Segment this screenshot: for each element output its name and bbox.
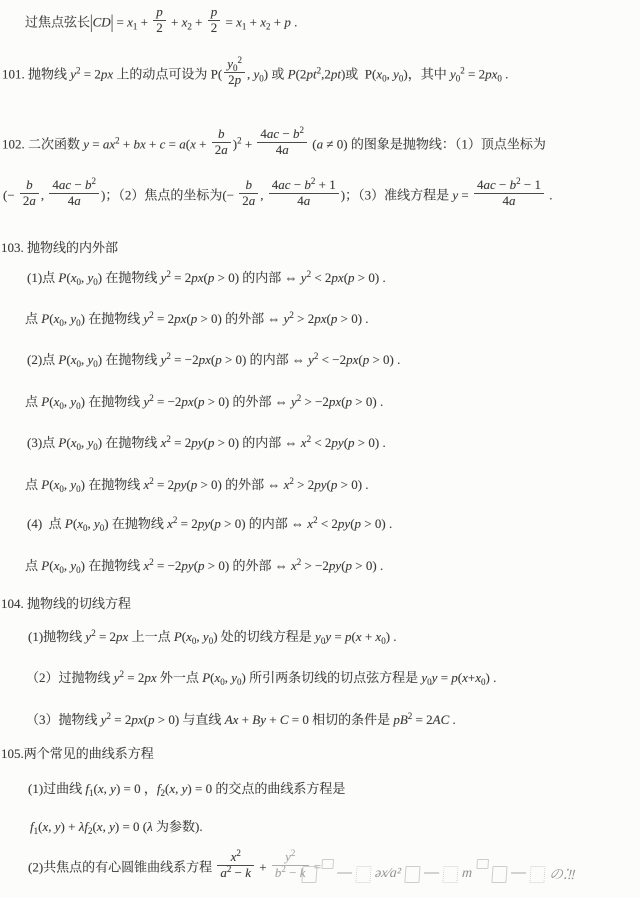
formula-line-item-102-quadratic-function: 102. 二次函数 y = ax2 + bx + c = a(x + b2a)2… [2, 130, 546, 161]
watermark-glyph [476, 859, 489, 869]
watermark-garbled-overlay: əx⁄a² m の⁚‼ [301, 853, 638, 895]
scanned-math-document-page: 过焦点弦长|CD| = x1 + p2 + x2 + p2 = x1 + x2 … [0, 0, 640, 898]
heading-item-104-tangent-equations: 104. 抛物线的切线方程 [1, 596, 131, 612]
watermark-glyph [321, 859, 334, 869]
formula-line-103-case2-exterior: 点 P(x0, y0) 在抛物线 y2 = −2px(p > 0) 的外部 ⇔ … [25, 394, 383, 410]
watermark-fragment: əx⁄a² [374, 866, 401, 882]
watermark-glyph [442, 866, 458, 883]
formula-line-103-case4-interior: (4) 点 P(x0, y0) 在抛物线 x2 = 2py(p > 0) 的内部… [27, 516, 392, 532]
formula-line-105-lambda-parameter-equation: f1(x, y) + λf2(x, y) = 0 (λ 为参数). [30, 819, 203, 835]
watermark-glyph [337, 872, 352, 877]
watermark-glyph [511, 872, 526, 877]
watermark-glyph [529, 866, 545, 883]
heading-item-105-curve-systems: 105.两个常见的曲线系方程 [1, 746, 154, 762]
formula-line-item-101-parabola-moving-point: 101. 抛物线 y2 = 2px 上的动点可设为 P(y022p, y0) 或… [2, 60, 508, 91]
formula-line-103-case3-exterior: 点 P(x0, y0) 在抛物线 x2 = 2py(p > 0) 的外部 ⇔ x… [25, 477, 369, 493]
formula-line-103-case4-exterior: 点 P(x0, y0) 在抛物线 x2 = −2py(p > 0) 的外部 ⇔ … [25, 558, 383, 574]
watermark-glyph [424, 872, 439, 877]
formula-line-focal-chord-length: 过焦点弦长|CD| = x1 + p2 + x2 + p2 = x1 + x2 … [25, 8, 297, 39]
watermark-glyph [404, 866, 420, 883]
watermark-glyph [491, 866, 507, 883]
formula-line-item-102-vertex-focus-directrix: (− b2a, 4ac − b24a)；（2）焦点的坐标为(− b2a, 4ac… [3, 181, 552, 212]
formula-line-104-chord-of-contact: （2）过抛物线 y2 = 2px 外一点 P(x0, y0) 所引两条切线的切点… [26, 670, 496, 686]
watermark-fragment: の⁚‼ [548, 864, 576, 884]
formula-line-105-confocal-conic-system: (2)共焦点的有心圆锥曲线系方程 x2a2 − k + y2b2 − k = [28, 853, 321, 884]
formula-line-105-intersection-curve-system-intro: (1)过曲线 f1(x, y) = 0 ，f2(x, y) = 0 的交点的曲线… [28, 781, 345, 797]
formula-line-104-tangent-at-point: (1)抛物线 y2 = 2px 上一点 P(x0, y0) 处的切线方程是 y0… [28, 629, 397, 645]
formula-line-104-tangency-condition: （3）抛物线 y2 = 2px(p > 0) 与直线 Ax + By + C =… [26, 712, 456, 728]
watermark-glyph [355, 866, 371, 883]
formula-line-103-case1-exterior: 点 P(x0, y0) 在抛物线 y2 = 2px(p > 0) 的外部 ⇔ y… [25, 311, 369, 327]
heading-item-103-parabola-interior-exterior: 103. 抛物线的内外部 [1, 240, 118, 256]
formula-line-103-case3-interior: (3)点 P(x0, y0) 在抛物线 x2 = 2py(p > 0) 的内部 … [27, 435, 386, 451]
formula-line-103-case2-interior: (2)点 P(x0, y0) 在抛物线 y2 = −2px(p > 0) 的内部… [27, 352, 400, 368]
formula-line-103-case1-interior: (1)点 P(x0, y0) 在抛物线 y2 = 2px(p > 0) 的内部 … [27, 270, 386, 286]
watermark-fragment: m [461, 866, 472, 882]
